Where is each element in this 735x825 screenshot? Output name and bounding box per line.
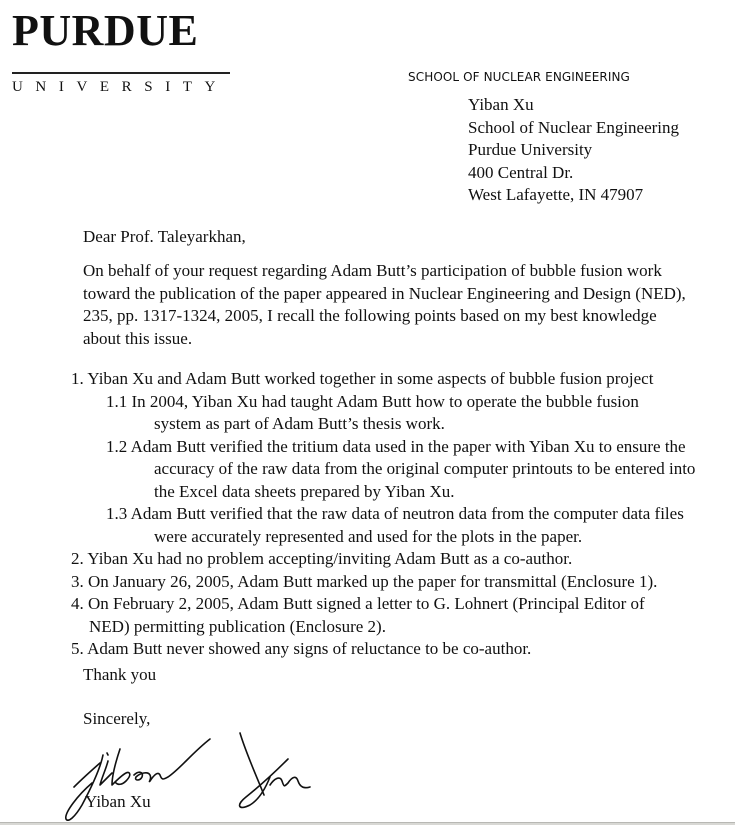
point-item: 5. Adam Butt never showed any signs of r…: [71, 638, 735, 661]
point-text: Yiban Xu had no problem accepting/inviti…: [87, 549, 572, 568]
paragraph-line: about this issue.: [83, 328, 735, 351]
salutation: Dear Prof. Taleyarkhan,: [83, 227, 246, 247]
point-text: On January 26, 2005, Adam Butt marked up…: [88, 572, 657, 591]
sub-point-item: 1.1 In 2004, Yiban Xu had taught Adam Bu…: [71, 391, 735, 436]
point-line: 2. Yiban Xu had no problem accepting/inv…: [71, 548, 735, 571]
point-text: In 2004, Yiban Xu had taught Adam Butt h…: [132, 392, 639, 411]
point-line: 4. On February 2, 2005, Adam Butt signed…: [71, 593, 735, 616]
point-text: Adam Butt never showed any signs of relu…: [87, 639, 531, 658]
point-line: accuracy of the raw data from the origin…: [106, 458, 735, 481]
sub-point-item: 1.2 Adam Butt verified the tritium data …: [71, 436, 735, 504]
point-line: 1.2 Adam Butt verified the tritium data …: [106, 436, 735, 459]
point-item: 3. On January 26, 2005, Adam Butt marked…: [71, 571, 735, 594]
point-number: 1.1: [106, 391, 127, 414]
point-line: 1.3 Adam Butt verified that the raw data…: [106, 503, 735, 526]
intro-paragraph: On behalf of your request regarding Adam…: [83, 260, 735, 350]
sub-point-item: 1.3 Adam Butt verified that the raw data…: [71, 503, 735, 548]
point-number: 4.: [71, 593, 84, 616]
sender-address: Yiban Xu School of Nuclear Engineering P…: [468, 94, 679, 207]
letter-page: PURDUE UNIVERSITY SCHOOL OF NUCLEAR ENGI…: [0, 0, 735, 822]
point-line: 5. Adam Butt never showed any signs of r…: [71, 638, 735, 661]
paragraph-line: On behalf of your request regarding Adam…: [83, 260, 735, 283]
point-number: 2.: [71, 548, 84, 571]
logo-wordmark: PURDUE: [12, 9, 232, 53]
address-line: West Lafayette, IN 47907: [468, 184, 679, 207]
point-item: 2. Yiban Xu had no problem accepting/inv…: [71, 548, 735, 571]
point-line: NED) permitting publication (Enclosure 2…: [71, 616, 735, 639]
point-text: Yiban Xu and Adam Butt worked together i…: [87, 369, 653, 388]
numbered-points-list: 1. Yiban Xu and Adam Butt worked togethe…: [71, 368, 735, 661]
logo-rule: [12, 72, 230, 74]
point-item: 1. Yiban Xu and Adam Butt worked togethe…: [71, 368, 735, 391]
point-line: 3. On January 26, 2005, Adam Butt marked…: [71, 571, 735, 594]
address-line: School of Nuclear Engineering: [468, 117, 679, 140]
point-text: the Excel data sheets prepared by Yiban …: [154, 482, 455, 501]
point-line: were accurately represented and used for…: [106, 526, 735, 549]
department-heading: SCHOOL OF NUCLEAR ENGINEERING: [408, 70, 630, 84]
paragraph-line: 235, pp. 1317-1324, 2005, I recall the f…: [83, 305, 735, 328]
point-text: were accurately represented and used for…: [154, 527, 582, 546]
point-line: the Excel data sheets prepared by Yiban …: [106, 481, 735, 504]
thanks-line: Thank you: [83, 665, 156, 685]
point-number: 1.3: [106, 503, 127, 526]
point-line: system as part of Adam Butt’s thesis wor…: [106, 413, 735, 436]
point-text: accuracy of the raw data from the origin…: [154, 459, 695, 478]
point-text: Adam Butt verified the tritium data used…: [131, 437, 686, 456]
point-number: 1.: [71, 368, 84, 391]
point-number: 3.: [71, 571, 84, 594]
point-text: Adam Butt verified that the raw data of …: [131, 504, 684, 523]
purdue-logo: PURDUE UNIVERSITY: [12, 9, 232, 53]
address-line: Purdue University: [468, 139, 679, 162]
address-line: 400 Central Dr.: [468, 162, 679, 185]
logo-subtitle: UNIVERSITY: [12, 79, 242, 96]
point-text: NED) permitting publication (Enclosure 2…: [89, 617, 386, 636]
signer-name: Yiban Xu: [85, 792, 151, 812]
point-line: 1. Yiban Xu and Adam Butt worked togethe…: [71, 368, 735, 391]
point-text: system as part of Adam Butt’s thesis wor…: [154, 414, 445, 433]
address-line: Yiban Xu: [468, 94, 679, 117]
paragraph-line: toward the publication of the paper appe…: [83, 283, 735, 306]
point-text: On February 2, 2005, Adam Butt signed a …: [88, 594, 645, 613]
point-line: 1.1 In 2004, Yiban Xu had taught Adam Bu…: [106, 391, 735, 414]
point-number: 5.: [71, 638, 84, 661]
point-item: 4. On February 2, 2005, Adam Butt signed…: [71, 593, 735, 638]
point-number: 1.2: [106, 436, 127, 459]
